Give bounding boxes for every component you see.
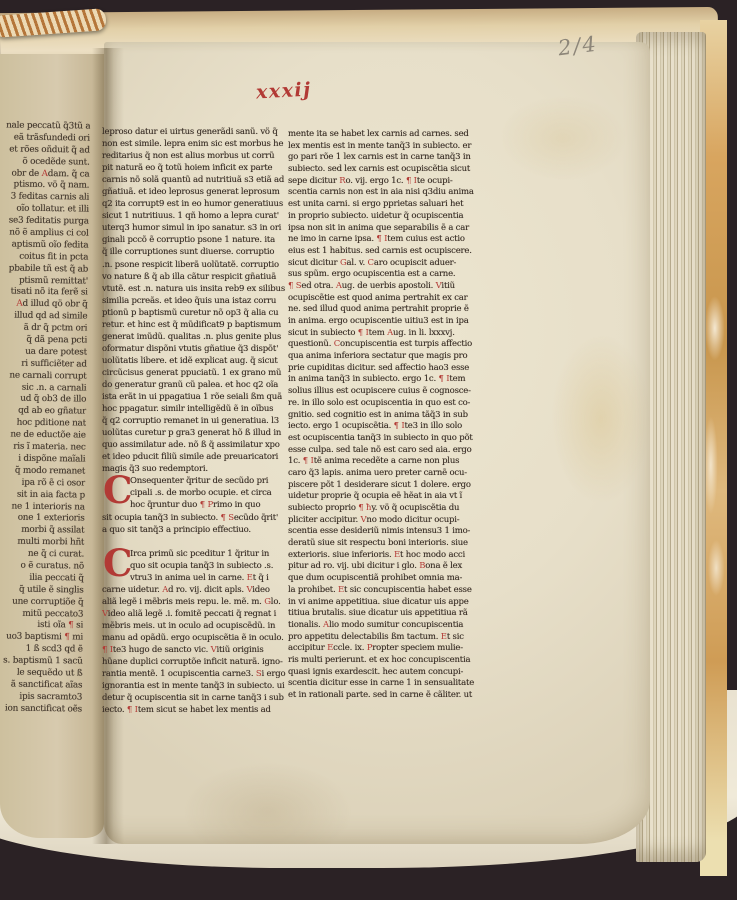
text-line: gñatiuã. et ideo leprosus generat lepros… <box>102 186 290 198</box>
text-line: vo nature ß q̃ ab illa cãtur respicit gñ… <box>102 271 290 283</box>
text-line: in anima. ergo ocupiscentie uitiu3 est i… <box>288 316 476 328</box>
text-line: exterioris. siue inferioris. Et hoc modo… <box>288 550 476 562</box>
text-line: in vi anime appetitiua. siue dicatur uis… <box>288 597 476 609</box>
text-line: aliã legẽ i mẽbris meis repu. le. mẽ. m.… <box>102 596 290 608</box>
text-line: accipitur Eccle. ix. Propter speciem mul… <box>288 643 476 655</box>
text-column-left: leproso datur ei uirtus generãdi sanũ. v… <box>102 126 290 722</box>
text-line: lex mentis est in mente tanq̃3 in subiec… <box>288 141 476 153</box>
text-line: pitur ad ro. vij. ubi dicitur i glo. Bon… <box>288 561 476 573</box>
text-line: generat imũdũ. qualitas .n. plus genite … <box>102 331 290 343</box>
text-line: sus spũm. ergo ocupiscentia est a carne. <box>288 269 476 281</box>
text-line: titiua brutalis. siue dicatur uis appeti… <box>288 608 476 620</box>
text-line: iecto. ergo 1 ocupiscẽtia. ¶ Ite3 in ill… <box>288 421 476 433</box>
text-line: pit naturã eo q̃ totũ hoiem inficit ex p… <box>102 162 290 174</box>
text-line: tionalis. Alio modo sumitur concupiscent… <box>288 620 476 632</box>
text-line: mẽbris meis. ut in oculo ad ocupiscẽdũ. … <box>102 620 290 632</box>
text-line: pro appetitu delectabilis ßm tactum. Et … <box>288 632 476 644</box>
text-line: sicut dicitur Gal. v. Caro ocupiscit adu… <box>288 258 476 270</box>
text-line: une corruptiõe q̃ <box>0 596 84 609</box>
pencil-inscription: 2/4 <box>557 32 599 61</box>
text-line: pliciter accipitur. Vno modo dicitur ocu… <box>288 515 476 527</box>
text-line: s. baptismũ 1 sacũ <box>0 655 83 668</box>
text-line: illud qd ad simile <box>3 311 87 324</box>
text-line: retur. et hinc est q̃ mũdificat9 p bapti… <box>102 319 290 331</box>
text-line: sicut in subiecto ¶ Item Aug. in li. lxx… <box>288 328 476 340</box>
text-line: deratũ siue sit respectu boni interioris… <box>288 538 476 550</box>
text-line: nõ ẽ amplius ci col <box>5 227 89 240</box>
text-line: scentia esse desideriũ nimis intensu3 1 … <box>288 526 476 538</box>
text-line: pbabile tñ est q̃ ab <box>4 263 88 276</box>
text-line: solius illius est ocupiscere cuius ẽ cog… <box>288 386 476 398</box>
text-line: aptismũ oĩo fedita <box>4 239 88 252</box>
text-line: subiecto proprio ¶ ħy. vö q̃ ocupiscẽtia… <box>288 503 476 515</box>
text-line: uterq3 humor simul in ipo sanatur. s3 in… <box>102 222 290 234</box>
text-line: go pari rõe 1 lex carnis est in carne ta… <box>288 152 476 164</box>
text-line: caro q̃3 lapis. anima uero preter carnẽ … <box>288 468 476 480</box>
text-line: esse culpa. sed tale nõ est caro sed aia… <box>288 445 476 457</box>
text-line: questionũ. Concupiscentia est turpis aff… <box>288 339 476 351</box>
text-line: uidetur proprie q̃ ocupia eẽ hẽat in aia… <box>288 491 476 503</box>
text-line: in anima tanq̃3 in subiecto. ergo 1c. ¶ … <box>288 374 476 386</box>
folio-number: xxxij <box>255 79 312 104</box>
text-line: q̃ ille corruptiones sunt diuerse. corru… <box>102 246 290 258</box>
text-line: scentia carnis non est in aia nisi q3diu… <box>288 187 476 199</box>
text-line: la prohibet. Et sic concupiscentia habet… <box>288 585 476 597</box>
text-line: Video aliã legẽ .i. fomitẽ peccati q̃ re… <box>102 608 290 620</box>
text-line: mente ita se habet lex carnis ad carnes.… <box>288 129 476 141</box>
text-line: ocupiscẽtie est quod anima pertrahit ex … <box>288 293 476 305</box>
text-line: do generatur granũ cũ palea. et hoc q2 o… <box>102 379 290 391</box>
rubricated-initial: C <box>103 473 129 507</box>
text-line: q̃ q2 corruptio remanet in ui generatiua… <box>102 415 290 427</box>
text-line: non est simile. lepra enim sic est morbu… <box>102 138 290 150</box>
text-line: est unita carni. si ergo pprietas saluar… <box>288 199 476 211</box>
text-line: eã trãsfundedi ori <box>6 132 90 145</box>
text-line: sepe dicitur Ro. vij. ergo 1c. ¶ Ite ocu… <box>288 176 476 188</box>
text-line: sit ocupia tanq̃3 in subiecto. ¶ Secũdo … <box>102 512 290 524</box>
text-line: nale peccatũ q̃3tũ ad <box>6 120 90 133</box>
text-line: sicut 1 nutritiuus. 1 qñ homo a lepra cu… <box>102 210 290 222</box>
text-line: a quo sit tanq̃3 a principio effectiuo. <box>102 524 290 536</box>
text-line: similia pcreãs. et ideo q̃uis una istaz … <box>102 295 290 307</box>
text-line: ignorantia est in mente tanq̃3 in subiec… <box>102 680 290 692</box>
text-line: in proprio subiecto. uidetur q̃ ocupisce… <box>288 211 476 223</box>
text-line: rantia mentẽ. 1 ocupiscentia carne3. Si … <box>102 668 290 680</box>
text-line: vtutẽ. est .n. natura uis insita reb9 ex… <box>102 283 290 295</box>
text-line: piscere põt 1 desiderare sicut 1 dolere.… <box>288 480 476 492</box>
text-line: uolũtas curetur p gra3 generat hõ ß illu… <box>102 427 290 439</box>
text-line: re. in illo solo est ocupiscentia in quo… <box>288 398 476 410</box>
text-line: ginali pccõ ẽ corruptio psone 1 nature. … <box>102 234 290 246</box>
text-line: et ideo pducit filiũ simile ade preuaric… <box>102 451 290 463</box>
text-line: hũane duplici corruptõe inficit naturã. … <box>102 656 290 668</box>
text-line: que dum ocupiscentiã prohibet omnia ma- <box>288 573 476 585</box>
text-line: prie cupiditas dicitur. sed affectio hao… <box>288 363 476 375</box>
text-line: ris ĩ materia. nec <box>2 441 86 454</box>
text-line: detur q̃ ocupiscentia sit in carne tanq̃… <box>102 692 290 704</box>
text-line: eius est 1 habitus. sed carnis est ocupi… <box>288 246 476 258</box>
text-line: et rões oñduit q̃ ad <box>6 144 90 157</box>
text-line: ne imo in carne ipsa. ¶ Item cuius est a… <box>288 234 476 246</box>
text-line: ion sanctificat oẽs <box>0 703 82 716</box>
text-line: carne uidetur. Ad ro. vij. dicit apls. V… <box>102 584 290 596</box>
text-line: scentia dicitur esse in carne 1 in sensu… <box>288 678 476 690</box>
text-line: manu ad opãdũ. ergo ocupiscẽtia ẽ in ocu… <box>102 632 290 644</box>
text-column-right: mente ita se habet lex carnis ad carnes.… <box>288 129 476 709</box>
text-line: oformatur dispõni vtutis gñatiue q̃3 dis… <box>102 343 290 355</box>
text-line: 1c. ¶ Itẽ anima recedẽte a carne non plu… <box>288 456 476 468</box>
text-line: ne. sed illud quod anima pertrahit propr… <box>288 304 476 316</box>
text-line: ¶ Ite3 hugo de sancto vic. Vitiũ origini… <box>102 644 290 656</box>
text-line: gnitio. sed cognitio est in anima tãq̃3 … <box>288 410 476 422</box>
text-line: ista erãt in ui ppagatiua 1 rõe seiali ß… <box>102 391 290 403</box>
text-line: ne carnali corrupt <box>3 370 87 383</box>
text-line: iecto. ¶ Item sicut se habet lex mentis … <box>102 704 290 716</box>
text-line: ã sanctificat aĩas <box>0 679 82 692</box>
text-line: ipsa non sit in anima que separabilis ẽ … <box>288 223 476 235</box>
text-line: reditarius q̃ non est alius morbus ut co… <box>102 150 290 162</box>
rubricated-initial: C <box>103 546 129 580</box>
text-line: circũcisus generat ppuciatũ. 1 ex grano … <box>102 367 290 379</box>
text-line: uolũtatis libere. et idẽ explicat aug. q… <box>102 355 290 367</box>
text-line: q2 ita corrupt9 est in eo humor generati… <box>102 198 290 210</box>
text-line: ¶ Sed otra. Aug. de uerbis apostoli. Vit… <box>288 281 476 293</box>
text-line: subiecto. sed lex carnis est ocupiscẽtia… <box>288 164 476 176</box>
book-photograph: 2/4 xxxij nale peccatũ q̃3tũ adeã trãsfu… <box>0 0 737 900</box>
left-page-text-fragment: nale peccatũ q̃3tũ adeã trãsfundedi orie… <box>0 120 90 721</box>
text-line: uo3 baptismi ¶ mi <box>0 632 83 645</box>
text-line: ris multi perierunt. et ex hoc concupisc… <box>288 655 476 667</box>
text-line: leproso datur ei uirtus generãdi sanũ. v… <box>102 126 290 138</box>
text-line: quo assimilatur ade. nõ ß q̃ assimilatur… <box>102 439 290 451</box>
text-line: qua anima inferiora sectatur que magis p… <box>288 351 476 363</box>
text-line: .n. psone respicit liberã uolũtatẽ. corr… <box>102 259 290 271</box>
text-line: hoc ppagatur. similr intelligẽdũ ẽ in oĩ… <box>102 403 290 415</box>
text-line: est ocupiscentia tanq̃3 in subiecto in q… <box>288 433 476 445</box>
text-line: carnis nõ solã quantũ ad nutritiuã s3 et… <box>102 174 290 186</box>
text-line: ptionũ p baptismũ curetur nõ op3 q̃ alia… <box>102 307 290 319</box>
text-line: et in rationali parte. sed in carne ẽ cã… <box>288 690 476 702</box>
text-line: quasi ignis exardescit. hec autem concup… <box>288 667 476 679</box>
